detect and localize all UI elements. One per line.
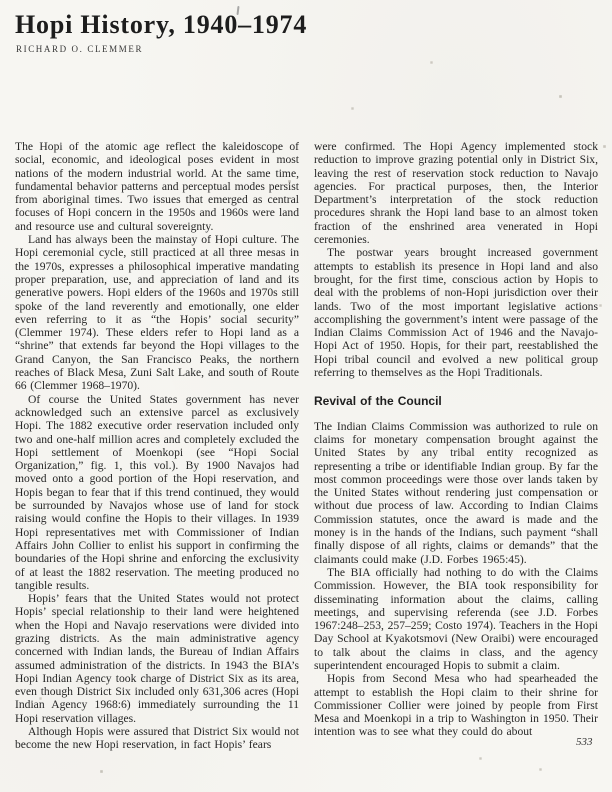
paragraph-bia-claims: The BIA officially had nothing to do wit… bbox=[314, 566, 598, 672]
paragraph-stock-reduction: were confirmed. The Hopi Agency implemen… bbox=[314, 140, 598, 246]
paragraph-district-six: Although Hopis were assured that Distric… bbox=[15, 725, 299, 752]
page-title: Hopi History, 1940–1974 bbox=[15, 10, 307, 40]
paragraph-land-mainstay: Land has always been the mainstay of Hop… bbox=[15, 233, 299, 393]
paragraph-second-mesa: Hopis from Second Mesa who had spearhead… bbox=[314, 672, 598, 738]
paragraph-postwar-years: The postwar years brought increased gove… bbox=[314, 246, 598, 379]
scanned-book-page: Hopi History, 1940–1974 RICHARD O. CLEMM… bbox=[0, 0, 612, 792]
scan-noise-specks bbox=[0, 0, 1, 1]
paragraph-intro: The Hopi of the atomic age reflect the k… bbox=[15, 140, 299, 233]
page-number: 533 bbox=[576, 736, 593, 748]
left-column: The Hopi of the atomic age reflect the k… bbox=[15, 140, 299, 752]
paragraph-1882-reservation: Of course the United States government h… bbox=[15, 393, 299, 592]
paragraph-claims-commission: The Indian Claims Commission was authori… bbox=[314, 420, 598, 566]
section-heading-revival: Revival of the Council bbox=[314, 395, 598, 408]
right-column: were confirmed. The Hopi Agency implemen… bbox=[314, 140, 598, 739]
author-byline: RICHARD O. CLEMMER bbox=[16, 44, 143, 54]
paragraph-grazing-districts: Hopis’ fears that the United States woul… bbox=[15, 592, 299, 725]
